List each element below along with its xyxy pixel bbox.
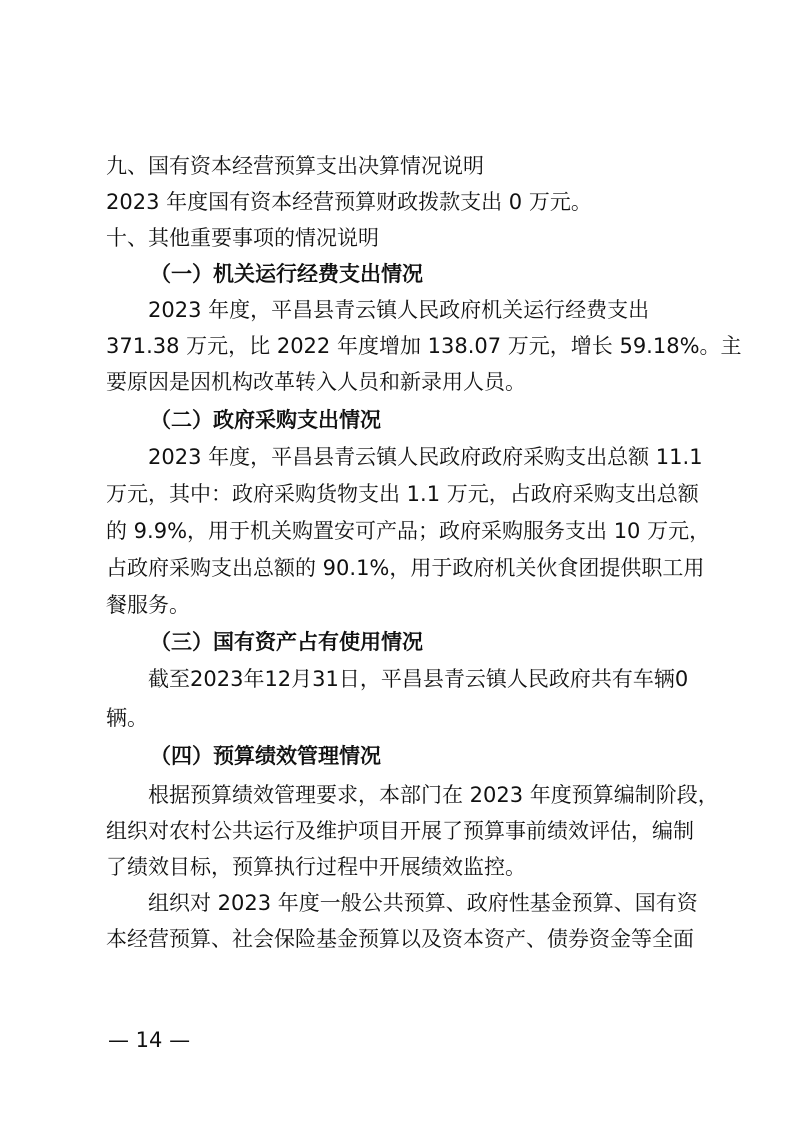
subsection-1-heading: （一）机关运行经费支出情况 xyxy=(150,260,423,288)
subsection-3-line-1: 截至2023年12月31日，平昌县青云镇人民政府共有车辆0 xyxy=(148,665,688,693)
subsection-4-line-1: 根据预算绩效管理要求，本部门在 2023 年度预算编制阶段， xyxy=(148,781,719,809)
page-number: — 14 — xyxy=(108,1026,190,1054)
subsection-2-line-3: 的 9.9%，用于机关购置安可产品；政府采购服务支出 10 万元， xyxy=(106,517,692,545)
subsection-2-line-4: 占政府采购支出总额的 90.1%，用于政府机关伙食团提供职工用 xyxy=(106,554,692,582)
subsection-3-line-2: 辆。 xyxy=(106,704,148,732)
subsection-4-line-3: 了绩效目标，预算执行过程中开展绩效监控。 xyxy=(106,853,526,881)
section-9-heading: 九、国有资本经营预算支出决算情况说明 xyxy=(106,152,484,180)
subsection-1-line-1: 2023 年度，平昌县青云镇人民政府机关运行经费支出 xyxy=(148,296,649,324)
subsection-3-heading: （三）国有资产占有使用情况 xyxy=(150,628,423,656)
subsection-4-line-5: 本经营预算、社会保险基金预算以及资本资产、债券资金等全面 xyxy=(106,925,692,953)
section-9-body: 2023 年度国有资本经营预算财政拨款支出 0 万元。 xyxy=(106,188,592,216)
document-page: 九、国有资本经营预算支出决算情况说明 2023 年度国有资本经营预算财政拨款支出… xyxy=(0,0,793,1121)
subsection-1-line-3: 要原因是因机构改革转入人员和新录用人员。 xyxy=(106,368,526,396)
section-10-heading: 十、其他重要事项的情况说明 xyxy=(106,224,379,252)
subsection-4-line-4: 组织对 2023 年度一般公共预算、政府性基金预算、国有资 xyxy=(148,889,698,917)
subsection-1-line-2: 371.38 万元，比 2022 年度增加 138.07 万元，增长 59.18… xyxy=(106,332,692,360)
subsection-4-heading: （四）预算绩效管理情况 xyxy=(150,742,381,770)
subsection-4-line-2: 组织对农村公共运行及维护项目开展了预算事前绩效评估，编制 xyxy=(106,817,692,845)
subsection-2-line-1: 2023 年度，平昌县青云镇人民政府政府采购支出总额 11.1 xyxy=(148,443,703,471)
subsection-2-line-2: 万元，其中：政府采购货物支出 1.1 万元，占政府采购支出总额 xyxy=(106,480,692,508)
subsection-2-line-5: 餐服务。 xyxy=(106,591,190,619)
subsection-2-heading: （二）政府采购支出情况 xyxy=(150,406,381,434)
